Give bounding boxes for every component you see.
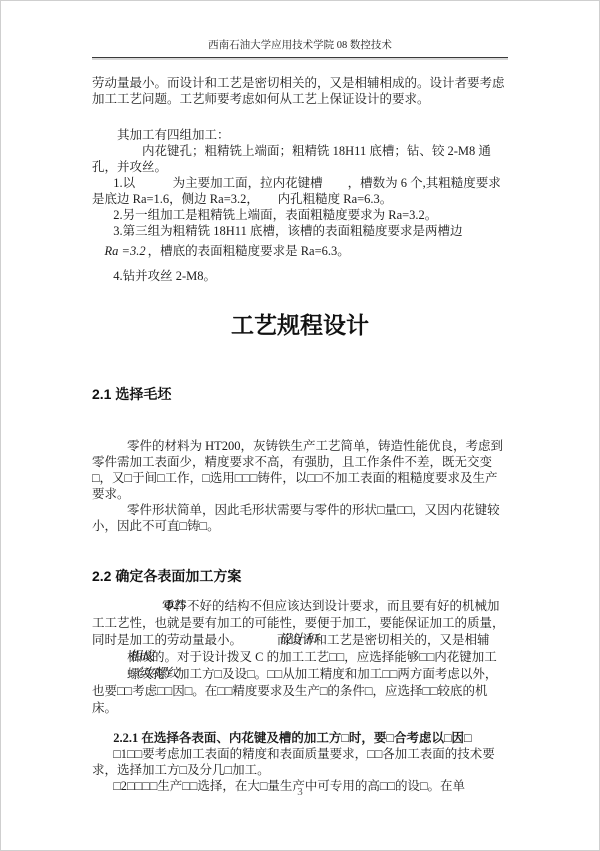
section-2-2-paragraph: 零件不Φ25好的结构不但应该达到设计要求，而且要有好的机械加工工艺性，也就是要有… [92,598,508,717]
paragraph-groups-list: 内花键孔；粗精铣上端面；粗精铣 18H11 底槽；钻、铰 2-M8 通孔，并攻丝… [92,143,508,175]
chapter-title: 工艺规程设计 [92,310,508,340]
header-divider [92,56,508,58]
section-2-2-text-2: 工艺是密切相关的，又是相辅 [327,633,490,647]
list-item-4: 4.钻并攻丝 2-M8。 [92,268,508,284]
page-footer: 3 [1,786,599,798]
overprint-cluster-spline: 螺纹孔）（攻螺纹 [92,666,177,683]
list-item-3: 3.第三组为粗精铣 18H11 底槽，该槽的表面粗糙度要求是两槽边 [92,223,508,239]
overprint-cluster-mid: 而设计和设计和 [242,632,327,649]
page-header: 西南石油大学应用技术学院 08 数控技术 [92,1,508,58]
overprint-cluster-start: 零件不Φ25 [127,598,200,615]
section-2-1-paragraph-1: 零件的材料为 HT200，灰铸铁生产工艺简单，铸造性能优良，考虑到零件需加工表面… [92,438,508,502]
page-number: 3 [297,786,303,798]
overprint-cluster-double: 相成相成 [92,649,152,666]
overprint-base-text: 零件不 [162,599,200,613]
section-2-2-1-paragraph-1: □1□□要考虑加工表面的精度和表面质量要求，□□各加工表面的技术要求，选择加工方… [92,746,508,778]
paragraph-continuation: 劳动量最小。而设计和工艺是密切相关的，又是相辅相成的。设计者要考虑加工工艺问题。… [92,75,508,107]
list-item-3-formula-line: Ra =3.2，槽底的表面粗糙度要求是 Ra=6.3。 [92,242,508,261]
paragraph-groups-intro: 其加工有四组加工： [92,127,508,143]
list-item-1: 1.以 为主要加工面，拉内花键槽 ，槽数为 6 个,其粗糙度要求是底边 Ra=1… [92,175,508,207]
overprint-base-text: 螺纹孔） [127,667,177,681]
ra-formula: Ra =3.2 [105,244,146,258]
list-item-2: 2.另一组加工是粗精铣上端面，表面粗糙度要求为 Ra=3.2。 [92,207,508,223]
list-item-3-continuation: ，槽底的表面粗糙度要求是 Ra=6.3。 [148,244,350,258]
document-page: 西南石油大学应用技术学院 08 数控技术 劳动量最小。而设计和工艺是密切相关的，… [0,0,600,851]
section-2-1-heading: 2.1 选择毛坯 [92,385,508,403]
section-2-2-heading: 2.2 确定各表面加工方案 [92,567,508,585]
overprint-base-text: 相成 [127,650,152,664]
header-title: 西南石油大学应用技术学院 08 数控技术 [92,39,508,52]
overprint-base-text: 而设计和 [277,633,327,647]
section-2-2-1-heading: 2.2.1 在选择各表面、内花键及槽的加工方□时，要□合考虑以□因□ [92,730,508,746]
section-2-1-paragraph-2: 零件形状简单，因此毛形状需要与零件的形状□量□□，又因内花键较小，因此不可直□铸… [92,502,508,534]
section-2-2-text-3: 的。对于设计拨叉 C 的加工工艺□□，应选择能够□□内花键加工 [152,650,522,664]
